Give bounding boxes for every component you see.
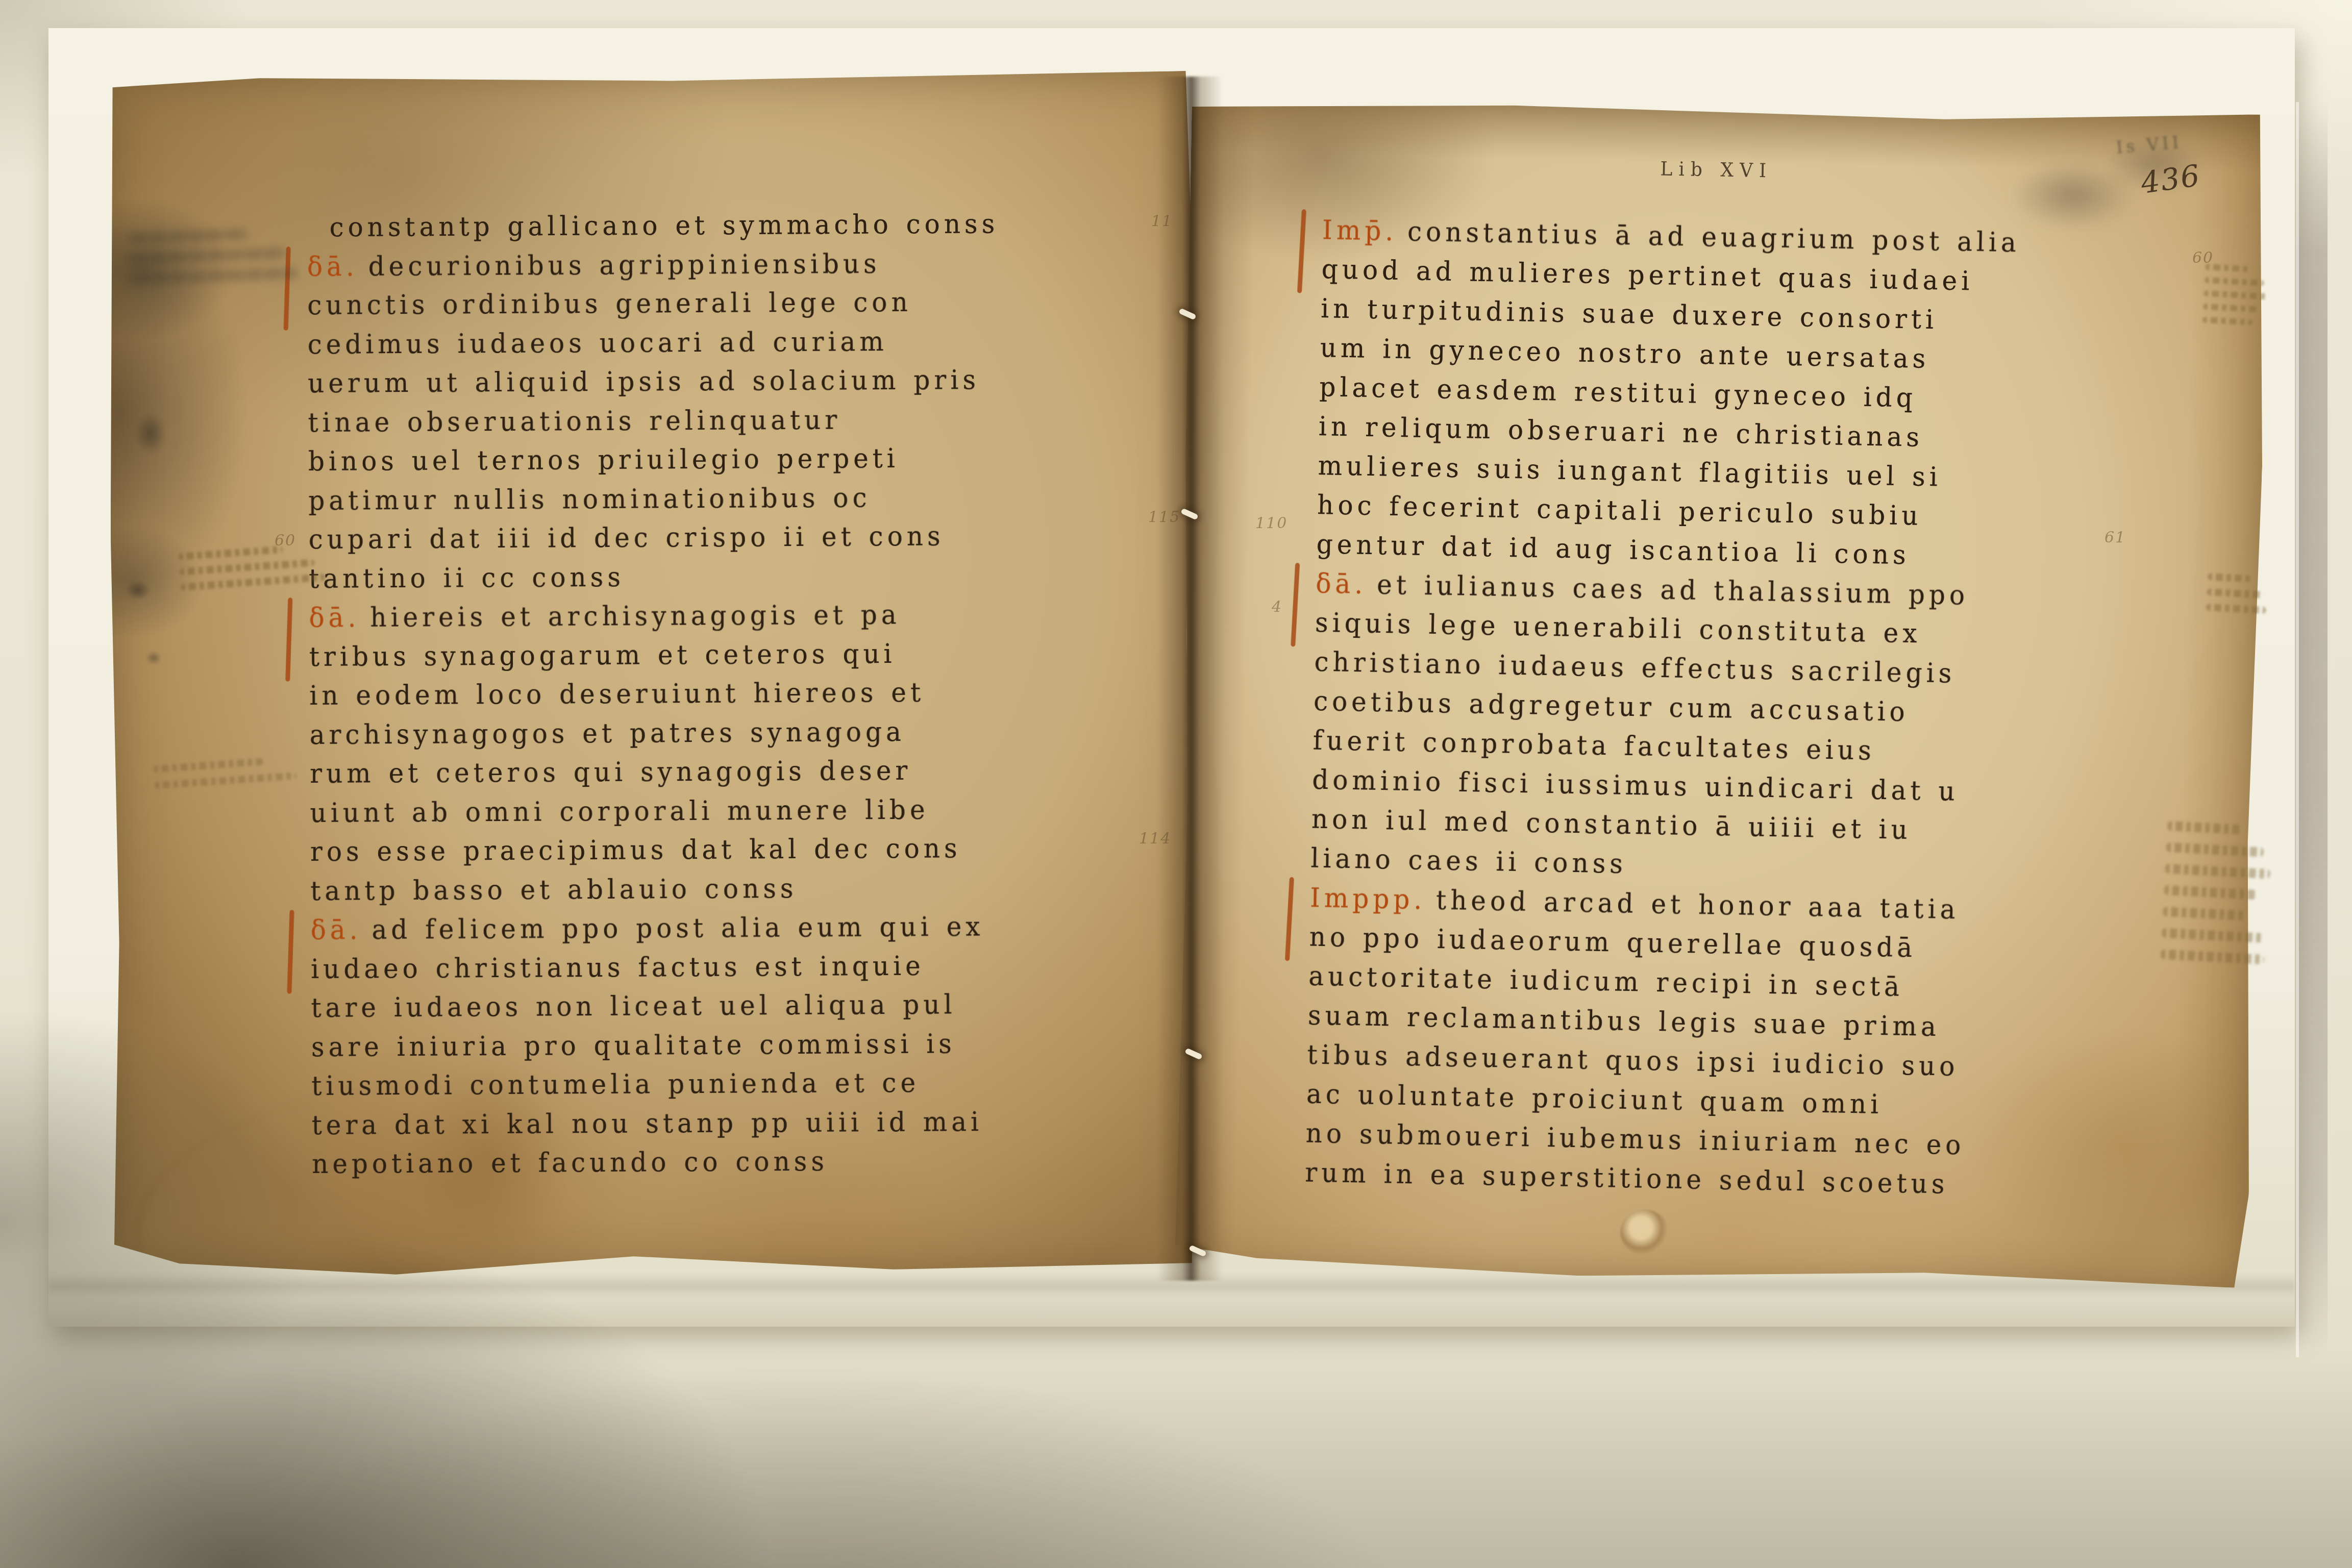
text-line-content: binos uel ternos priuilegio perpeti (308, 443, 899, 477)
text-line: in eodem loco deseruiunt hiereos et (309, 675, 1177, 719)
marginal-note-row (2202, 317, 2252, 326)
text-line: tribus synagogarum et ceteros qui (309, 635, 1177, 680)
marginal-note-row (2207, 588, 2263, 598)
marginal-note-row (2163, 907, 2245, 920)
text-line: rum et ceteros qui synagogis deser (310, 753, 1177, 798)
text-line: ros esse praecipimus dat kal dec cons (310, 831, 1178, 876)
text-line-content: nepotiano et facundo co conss (312, 1146, 828, 1180)
round-blemish (1620, 1209, 1670, 1256)
text-line-content: sare iniuria pro qualitate commissi is (311, 1028, 956, 1062)
text-line-content: iudaeo christianus factus est inquie (311, 951, 925, 985)
faint-margin-number: 4 (1272, 598, 1282, 616)
left-text-block: constantp gallicano et symmacho conssδā.… (307, 207, 1179, 1187)
right-page: Lib XVI Is VII 436 Imp̄.constantius ā ad… (1171, 95, 2269, 1288)
binding-gutter (1157, 77, 1223, 1281)
text-line: tinae obseruationis relinquatur (308, 401, 1175, 446)
marginal-note-row (2206, 604, 2266, 614)
marginal-note-row (2205, 277, 2264, 286)
text-line: nepotiano et facundo co conss (312, 1143, 1179, 1188)
faint-margin-number: 61 (2105, 529, 2126, 546)
right-text-block: Imp̄.constantius ā ad euagrium post alia… (1305, 214, 2221, 1212)
text-line-content: in eodem loco deseruiunt hiereos et (309, 677, 925, 711)
manuscript-photo: constantp gallicano et symmacho conssδā.… (0, 0, 2352, 1568)
rubric-initial: Imppp. (1310, 882, 1426, 915)
marginal-note-row (129, 268, 298, 283)
text-line-content: tantp basso et ablauio conss (310, 873, 798, 906)
text-line-content: tera dat xi kal nou stanp pp uiii id mai (312, 1106, 983, 1140)
rubric-paragraph-bar (1297, 209, 1306, 293)
rubric-initial: Imp̄. (1322, 214, 1398, 246)
text-line: patimur nullis nominationibus oc (308, 479, 1176, 524)
marginal-note-row (2203, 304, 2260, 312)
text-line: tantino ii cc conss (309, 557, 1176, 602)
text-line: δā.ad felicem ppo post alia eum qui ex (311, 909, 1178, 954)
marginal-note-row (2166, 842, 2264, 857)
marginal-note-row (2164, 885, 2257, 900)
text-line-content: tinae obseruationis relinquatur (308, 405, 841, 438)
marginal-note-row (128, 248, 285, 263)
illegible-marginal-note (128, 228, 298, 294)
text-line: archisynagogos et patres synagoga (310, 713, 1177, 758)
text-line-content: rum et ceteros qui synagogis deser (310, 755, 912, 789)
text-line-content: decurionibus agrippiniensibus (368, 248, 881, 282)
text-line-content: tantino ii cc conss (309, 562, 625, 594)
edge-speck (142, 648, 165, 668)
text-line: tera dat xi kal nou stanp pp uiii id mai (312, 1104, 1179, 1149)
text-line-content: tribus synagogarum et ceteros qui (309, 638, 896, 672)
text-line: cunctis ordinibus generali lege con (307, 284, 1175, 329)
edge-speck (127, 403, 174, 464)
text-line-content: tiusmodi contumelia punienda et ce (311, 1067, 920, 1102)
text-line: uerum ut aliquid ipsis ad solacium pris (308, 362, 1175, 407)
faint-margin-number: 115 (1148, 508, 1180, 526)
text-line: tiusmodi contumelia punienda et ce (311, 1065, 1179, 1110)
rubric-paragraph-bar (1291, 563, 1300, 647)
text-line: tare iudaeos non liceat uel aliqua pul (311, 987, 1178, 1032)
text-line-content: ros esse praecipimus dat kal dec cons (310, 833, 961, 867)
text-line: uiunt ab omni corporali munere libe (310, 791, 1177, 836)
text-line-content: constantp gallicano et symmacho conss (329, 208, 999, 242)
rubric-initial: δā. (309, 602, 360, 633)
frame-shadow-strip (2296, 102, 2328, 1357)
text-line-content: constantius ā ad euagrium post alia (1407, 216, 2021, 258)
marginal-note-row (180, 574, 326, 590)
marginal-note-row (2161, 949, 2264, 964)
rubric-paragraph-bar (285, 598, 292, 682)
illegible-marginal-note (2160, 821, 2272, 976)
marginal-note-row (2204, 290, 2268, 300)
text-line-content: patimur nullis nominationibus oc (308, 482, 871, 516)
illegible-marginal-note (2206, 573, 2268, 622)
text-line-content: ad felicem ppo post alia eum qui ex (372, 911, 984, 945)
marginal-note-row (154, 772, 296, 789)
rubric-paragraph-bar (1285, 877, 1294, 961)
text-line: δā.decurionibus agrippiniensibus (307, 245, 1175, 290)
text-line: iudaeo christianus factus est inquie (311, 948, 1178, 992)
text-line-content: cunctis ordinibus generali lege con (307, 287, 912, 321)
faint-margin-number: 110 (1255, 514, 1288, 532)
text-line-content: uerum ut aliquid ipsis ad solacium pris (308, 365, 980, 399)
text-line: δā.hiereis et archisynagogis et pa (309, 596, 1176, 641)
rubric-initial: δā. (307, 251, 358, 282)
text-line-content: hiereis et archisynagogis et pa (370, 599, 901, 633)
rubric-initial: δā. (311, 914, 362, 945)
faint-margin-number: 114 (1139, 830, 1171, 848)
text-line-content: cupari dat iii id dec crispo ii et cons (309, 521, 945, 555)
illegible-marginal-note (2202, 264, 2270, 333)
text-line-content: liano caes ii conss (1310, 843, 1627, 880)
edge-speck (120, 577, 156, 604)
faint-margin-number: 11 (1151, 212, 1173, 230)
text-line: binos uel ternos priuilegio perpeti (308, 440, 1176, 485)
text-line: sare iniuria pro qualitate commissi is (311, 1026, 1179, 1071)
text-line-content: theod arcad et honor aaa tatia (1436, 885, 1960, 925)
marginal-note-row (179, 559, 314, 576)
text-line-content: cedimus iudaeos uocari ad curiam (308, 326, 888, 360)
text-line-content: tare iudaeos non liceat uel aliqua pul (311, 989, 956, 1024)
book-header: Lib XVI (1660, 158, 1773, 182)
text-line-content: uiunt ab omni corporali munere libe (310, 794, 929, 829)
marginal-note-row (2162, 928, 2264, 942)
rubric-initial: δā. (1316, 568, 1367, 600)
text-line: constantp gallicano et symmacho conss (307, 206, 1174, 251)
rubric-paragraph-bar (287, 910, 294, 994)
text-line: tantp basso et ablauio conss (310, 869, 1178, 914)
text-line-content: archisynagogos et patres synagoga (310, 716, 905, 750)
marginal-note-row (2165, 864, 2270, 879)
text-line: cedimus iudaeos uocari ad curiam (308, 323, 1175, 368)
text-line: cupari dat iii id dec crispo ii et cons (309, 518, 1176, 563)
